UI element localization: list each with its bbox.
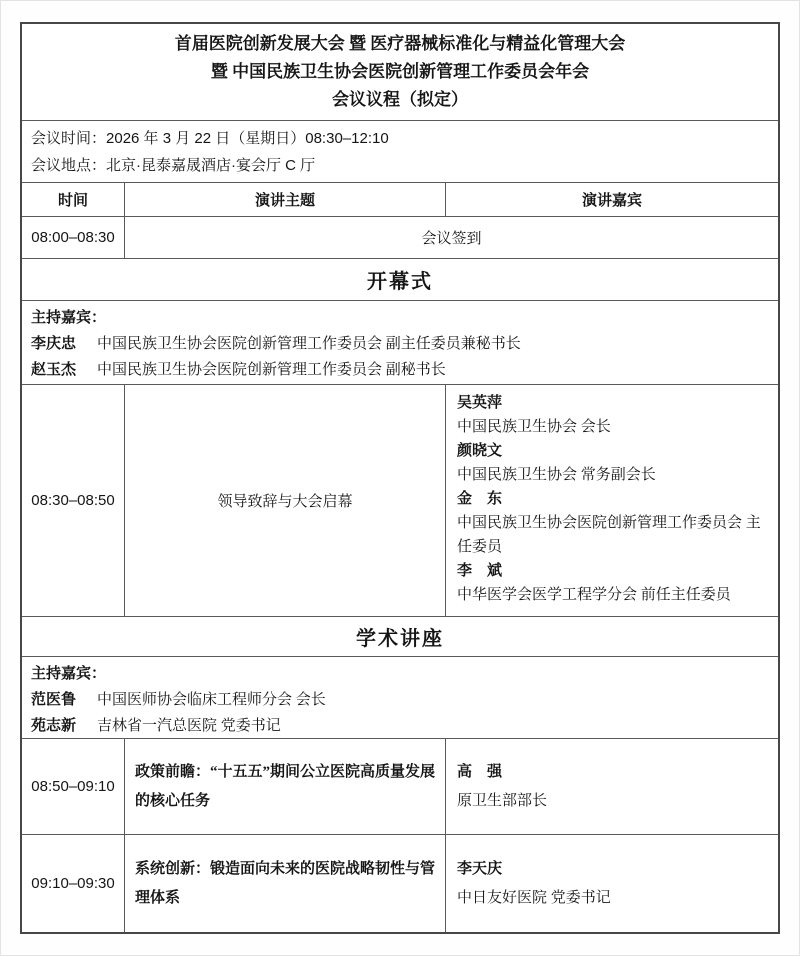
title-line-3: 会议议程（拟定） xyxy=(332,86,468,114)
guest-affiliation: 中日友好医院 党委书记 xyxy=(457,884,767,913)
session-time: 09:10–09:30 xyxy=(22,835,124,932)
session-topic: 领导致辞与大会启幕 xyxy=(124,385,445,616)
header-guest: 演讲嘉宾 xyxy=(445,183,778,216)
opening-hosts: 主持嘉宾： 李庆忠中国民族卫生协会医院创新管理工作委员会 副主任委员兼秘书长 赵… xyxy=(22,300,778,384)
document-title: 首届医院创新发展大会 暨 医疗器械标准化与精益化管理大会 暨 中国民族卫生协会医… xyxy=(22,24,778,120)
session-time: 08:50–09:10 xyxy=(22,739,124,834)
host-name: 李庆忠 xyxy=(31,336,76,352)
host-affiliation: 中国医师协会临床工程师分会 会长 xyxy=(97,692,326,708)
host-line: 范医鲁中国医师协会临床工程师分会 会长 xyxy=(31,687,769,713)
session-guest: 李天庆 中日友好医院 党委书记 xyxy=(445,835,778,932)
section-academic: 学术讲座 xyxy=(22,616,778,656)
session-row-policy: 08:50–09:10 政策前瞻：“十五五”期间公立医院高质量发展的核心任务 高… xyxy=(22,738,778,834)
host-line: 赵玉杰中国民族卫生协会医院创新管理工作委员会 副秘书长 xyxy=(31,357,769,383)
guest-affiliation: 中华医学会医学工程学分会 前任主任委员 xyxy=(457,583,767,607)
guest-name: 颜晓文 xyxy=(457,439,767,463)
session-guest: 高 强 原卫生部部长 xyxy=(445,739,778,834)
agenda-document: 首届医院创新发展大会 暨 医疗器械标准化与精益化管理大会 暨 中国民族卫生协会医… xyxy=(20,22,780,934)
session-time: 08:30–08:50 xyxy=(22,385,124,616)
guest-name: 吴英萍 xyxy=(457,391,767,415)
meeting-info: 会议时间：2026 年 3 月 22 日（星期日）08:30–12:10 会议地… xyxy=(22,120,778,182)
scanned-page: 首届医院创新发展大会 暨 医疗器械标准化与精益化管理大会 暨 中国民族卫生协会医… xyxy=(0,0,800,956)
meeting-time-value: 2026 年 3 月 22 日（星期日）08:30–12:10 xyxy=(106,130,389,147)
session-guests: 吴英萍 中国民族卫生协会 会长 颜晓文 中国民族卫生协会 常务副会长 金 东 中… xyxy=(445,385,778,616)
guest-affiliation: 中国民族卫生协会医院创新管理工作委员会 主任委员 xyxy=(457,511,767,559)
meeting-time-line: 会议时间：2026 年 3 月 22 日（星期日）08:30–12:10 xyxy=(31,125,769,152)
hosts-label: 主持嘉宾： xyxy=(31,661,769,687)
host-line: 李庆忠中国民族卫生协会医院创新管理工作委员会 副主任委员兼秘书长 xyxy=(31,331,769,357)
checkin-label: 会议签到 xyxy=(124,217,778,258)
title-line-2: 暨 中国民族卫生协会医院创新管理工作委员会年会 xyxy=(211,58,589,86)
host-name: 范医鲁 xyxy=(31,692,76,708)
host-name: 赵玉杰 xyxy=(31,362,76,378)
hosts-label: 主持嘉宾： xyxy=(31,305,769,331)
academic-hosts: 主持嘉宾： 范医鲁中国医师协会临床工程师分会 会长 苑志新吉林省一汽总医院 党委… xyxy=(22,656,778,738)
checkin-time: 08:00–08:30 xyxy=(22,217,124,258)
checkin-row: 08:00–08:30 会议签到 xyxy=(22,216,778,258)
guest-name: 李 斌 xyxy=(457,559,767,583)
guest-name: 金 东 xyxy=(457,487,767,511)
meeting-time-label: 会议时间： xyxy=(31,130,106,147)
host-affiliation: 吉林省一汽总医院 党委书记 xyxy=(97,718,281,734)
section-opening: 开幕式 xyxy=(22,258,778,300)
guest-affiliation: 中国民族卫生协会 会长 xyxy=(457,415,767,439)
guest-name: 李天庆 xyxy=(457,855,767,884)
host-name: 苑志新 xyxy=(31,718,76,734)
host-affiliation: 中国民族卫生协会医院创新管理工作委员会 副主任委员兼秘书长 xyxy=(97,336,521,352)
session-topic: 政策前瞻：“十五五”期间公立医院高质量发展的核心任务 xyxy=(124,739,445,834)
table-header-row: 时间 演讲主题 演讲嘉宾 xyxy=(22,182,778,216)
meeting-place-value: 北京·昆泰嘉晟酒店·宴会厅 C 厅 xyxy=(106,157,315,174)
title-line-1: 首届医院创新发展大会 暨 医疗器械标准化与精益化管理大会 xyxy=(175,30,626,58)
header-time: 时间 xyxy=(22,183,124,216)
session-row-opening: 08:30–08:50 领导致辞与大会启幕 吴英萍 中国民族卫生协会 会长 颜晓… xyxy=(22,384,778,616)
header-topic: 演讲主题 xyxy=(124,183,445,216)
guest-affiliation: 中国民族卫生协会 常务副会长 xyxy=(457,463,767,487)
host-affiliation: 中国民族卫生协会医院创新管理工作委员会 副秘书长 xyxy=(97,362,446,378)
host-line: 苑志新吉林省一汽总医院 党委书记 xyxy=(31,713,769,739)
meeting-place-line: 会议地点：北京·昆泰嘉晟酒店·宴会厅 C 厅 xyxy=(31,152,769,179)
session-topic: 系统创新：锻造面向未来的医院战略韧性与管理体系 xyxy=(124,835,445,932)
meeting-place-label: 会议地点： xyxy=(31,157,106,174)
session-row-innovation: 09:10–09:30 系统创新：锻造面向未来的医院战略韧性与管理体系 李天庆 … xyxy=(22,834,778,932)
guest-name: 高 强 xyxy=(457,758,767,787)
guest-affiliation: 原卫生部部长 xyxy=(457,787,767,816)
